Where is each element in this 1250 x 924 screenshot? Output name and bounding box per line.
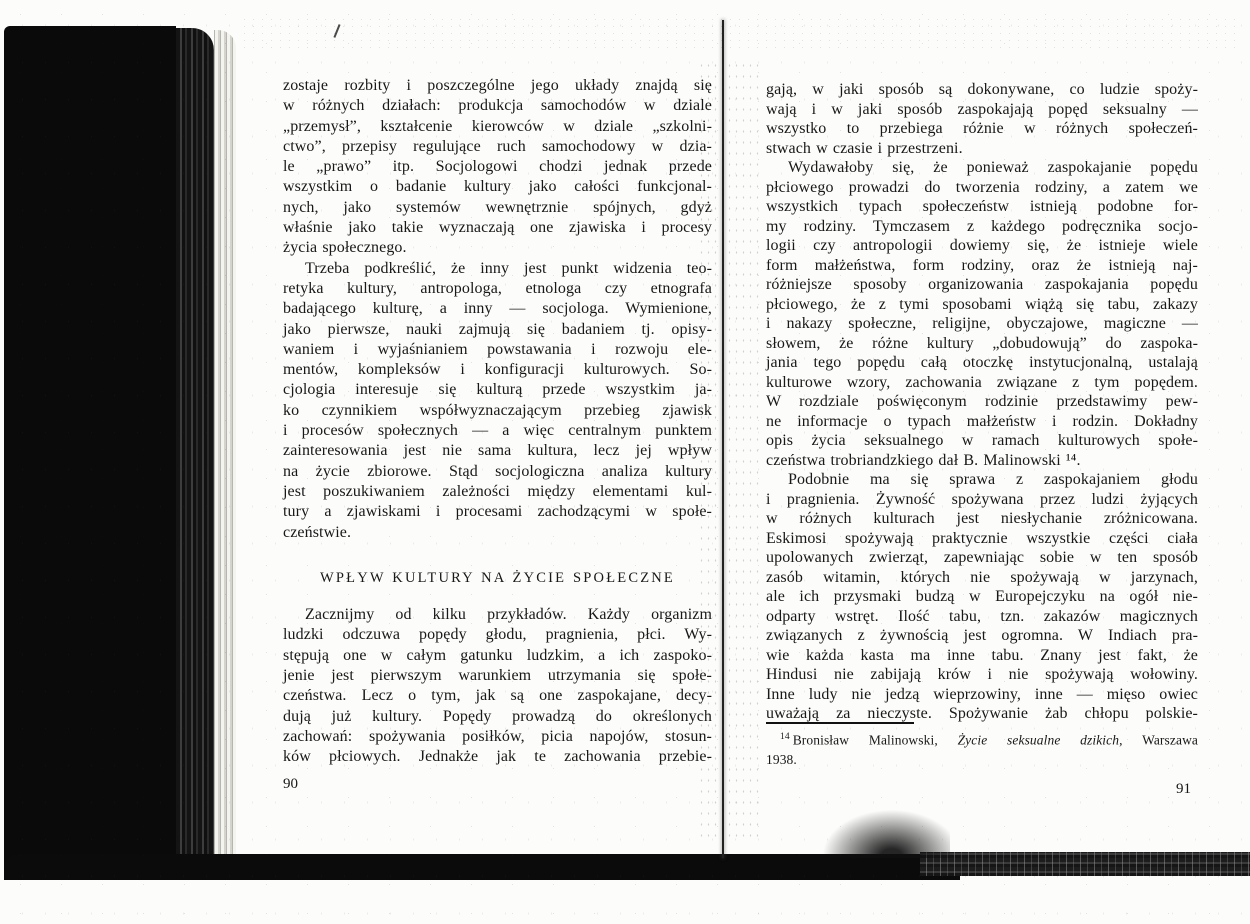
text-line: stępują one w całym gatunku ludzkim, a i… [283,646,712,666]
text-line: mentów, kompleksów i konfiguracji kultur… [283,360,712,380]
page-stack-edges-light [214,30,236,860]
left-page-text: zostaje rozbity i poszczególne jego ukła… [283,76,712,768]
paragraph: Podobnie ma się sprawa z zaspokajaniem g… [766,470,1198,724]
paragraph: Trzeba podkreślić, że inny jest punkt wi… [283,259,712,543]
text-line: waniem i wyjaśnianiem powstawania i rozw… [283,340,712,360]
text-line: „przemysł”, kształcenie kierowców w dzia… [283,117,712,137]
paragraph: Wydawałoby się, że ponieważ zaspokajanie… [766,158,1198,470]
text-line: życia społecznego. [283,238,712,258]
footnote-place: , Warszawa [1119,733,1198,748]
text-line: ków płciowych. Jednakże jak te zachowani… [283,747,712,767]
left-page-number: 90 [283,776,298,793]
footnote-marker: 14 [780,732,790,742]
text-line: Inne ludy nie jedzą wieprzowiny, inne — … [766,685,1198,705]
text-line: czeństwie. [283,523,712,543]
text-line: jenie jest pierwszym warunkiem utrzymani… [283,666,712,686]
text-line: my rodziny. Tymczasem z każdego podręczn… [766,217,1198,237]
scan-top-noise [240,16,1240,48]
text-line: gają, w jaki sposób są dokonywane, co lu… [766,80,1198,100]
text-line: ctwo”, przepisy regulujące ruch samochod… [283,137,712,157]
text-line: form małżeństwa, form rodziny, oraz że i… [766,256,1198,276]
text-line: jest poszukiwaniem zależności między ele… [283,482,712,502]
bottom-scan-shadow [4,854,960,880]
right-page-text: gają, w jaki sposób są dokonywane, co lu… [766,80,1198,724]
text-line: tury a zjawiskami i procesami zachodzący… [283,502,712,522]
text-line: wają i w jaki sposób zaspokajają popęd s… [766,100,1198,120]
footnote-title: Życie seksualne dzikich [958,733,1120,748]
text-line: opis życia seksualnego w ramach kulturow… [766,431,1198,451]
text-line: badającego kulturę, a inny — socjologa. … [283,299,712,319]
text-line: Wydawałoby się, że ponieważ zaspokajanie… [766,158,1198,178]
gutter-shadow [820,808,950,858]
footnote: 14Bronisław Malinowski, Życie seksualne … [766,722,1198,769]
book-spine-black-edge [4,26,176,874]
section-heading: WPŁYW KULTURY NA ŻYCIE SPOŁECZNE [283,568,712,588]
text-line: ludzki odczuwa popędy głodu, pragnienia,… [283,625,712,645]
text-line: zainteresowania jest nie sama kultura, l… [283,441,712,461]
text-line: na życie zbiorowe. Stąd socjologiczna an… [283,462,712,482]
text-line: zachowań: spożywania posiłków, picia nap… [283,727,712,747]
text-line: czeństwa trobriandzkiego dał B. Malinows… [766,451,1198,471]
text-line: ale ich przysmaki budzą w Europejczyku n… [766,587,1198,607]
text-line: logii czy antropologii dowiemy się, że i… [766,236,1198,256]
text-line: nych, jako systemów wewnętrznie spójnych… [283,198,712,218]
text-line: W rozdziale poświęconym rodzinie przedst… [766,392,1198,412]
right-page-number: 91 [1176,781,1191,798]
text-line: retyka kultury, antropologa, etnologa cz… [283,279,712,299]
text-line: kulturowe wzory, zachowania związane z t… [766,373,1198,393]
footnote-text: 14Bronisław Malinowski, Życie seksualne … [766,728,1198,750]
text-line: Eskimosi spożywają praktycznie wszystkie… [766,529,1198,549]
text-line: wie każda kasta ma inne tabu. Znany jest… [766,646,1198,666]
text-line: wszystko to przebiega różnie w różnych s… [766,119,1198,139]
text-line: związanych z żywnością jest ogromna. W I… [766,626,1198,646]
text-line: w różnych działach: produkcja samochodów… [283,96,712,116]
text-line: czeństwa. Lecz o tym, jak są one zaspoka… [283,686,712,706]
footnote-year: 1938. [766,750,1198,769]
footnote-author: Bronisław Malinowski, [793,733,958,748]
text-line: wszystkim o badanie kultury jako całości… [283,177,712,197]
text-line: odparty wstręt. Ilość tabu, tzn. zakazów… [766,607,1198,627]
paragraph: gają, w jaki sposób są dokonywane, co lu… [766,80,1198,158]
book-scan: zostaje rozbity i poszczególne jego ukła… [0,0,1250,924]
text-line: dują już kultury. Popędy prowadzą do okr… [283,707,712,727]
page-stack-edges-dark [176,28,214,864]
footnote-rule [766,722,914,724]
text-line: właśnie jako takie wyznaczają one zjawis… [283,218,712,238]
text-line: upolowanych zwierząt, zapewniając sobie … [766,548,1198,568]
text-line: cjologia interesuje się kulturą przede w… [283,380,712,400]
text-line: stwach w czasie i przestrzeni. [766,139,1198,159]
text-line: i procesów społecznych — a więc centraln… [283,421,712,441]
text-line: wszystkich typach społeczeństw istnieją … [766,197,1198,217]
text-line: jako pierwsze, nauki zajmują się badanie… [283,320,712,340]
text-line: Zacznijmy od kilku przykładów. Każdy org… [283,605,712,625]
text-line: płciowego prowadzi do tworzenia rodziny,… [766,178,1198,198]
text-line: płciowego, że z tymi sposobami wiążą się… [766,295,1198,315]
text-line: Podobnie ma się sprawa z zaspokajaniem g… [766,470,1198,490]
text-line: jania tego popędu całą otoczkę instytucj… [766,353,1198,373]
bottom-book-edge-texture [920,852,1250,876]
text-line: słowem, że różne kultury „dobudowują” do… [766,334,1198,354]
text-line: ko czynnikiem współwyznaczającym przebie… [283,401,712,421]
text-line: w różnych kulturach jest niesłychanie zr… [766,509,1198,529]
text-line: różniejsze sposoby organizowania zaspoka… [766,275,1198,295]
text-line: uważają za nieczyste. Spożywanie żab chł… [766,704,1198,724]
text-line: Trzeba podkreślić, że inny jest punkt wi… [283,259,712,279]
text-line: ne informacje o typach małżeństw i rodzi… [766,412,1198,432]
paragraph: Zacznijmy od kilku przykładów. Każdy org… [283,605,712,767]
text-line: le „prawo” itp. Socjologowi chodzi jedna… [283,157,712,177]
text-line: i pragnienia. Żywność spożywana przez lu… [766,490,1198,510]
paragraph: zostaje rozbity i poszczególne jego ukła… [283,76,712,259]
text-line: zostaje rozbity i poszczególne jego ukła… [283,76,712,96]
text-line: zasób witamin, których nie spożywają w j… [766,568,1198,588]
text-line: i nakazy społeczne, religijne, obyczajow… [766,314,1198,334]
text-line: Hindusi nie zabijają krów i nie spożywaj… [766,665,1198,685]
